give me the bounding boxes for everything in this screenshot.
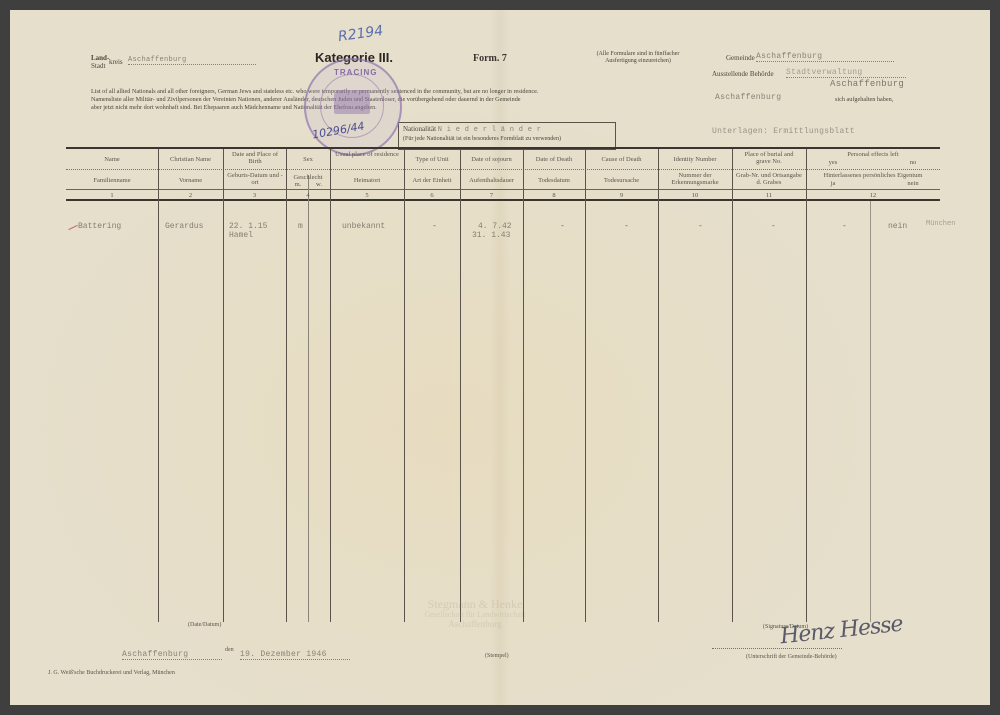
cell-effects-no: nein — [888, 222, 907, 231]
copies-note: (Alle Formulare sind in fünffacher Ausfe… — [588, 51, 688, 65]
bleed-through-stamp: Stegmann & Henke Gesellschaft für Landwi… — [415, 598, 535, 629]
behoerde-value-line1: Stadtverwaltung — [786, 68, 906, 78]
col-header-12-yes: yes — [818, 159, 848, 166]
col-header-2-num: 2 — [158, 192, 223, 199]
col-header-11-num: 11 — [732, 192, 806, 199]
kreis-value: Aschaffenburg — [128, 56, 256, 65]
col-header-1-num: 1 — [66, 192, 158, 199]
stamp-text: TRACING — [334, 68, 377, 77]
col-header-5-num: 5 — [330, 192, 404, 199]
stamp-label: (Stempel) — [485, 653, 509, 660]
col-header-2-de: Vorname — [158, 177, 223, 184]
col-divider — [460, 149, 461, 622]
printer-imprint: J. G. Weiß'sche Buchdruckerei und Verlag… — [48, 670, 175, 677]
col-header-12-no: no — [898, 159, 928, 166]
col-header-4-sub-m: m. — [288, 181, 308, 188]
col-header-10-num: 10 — [658, 192, 732, 199]
col-header-9-num: 9 — [585, 192, 658, 199]
cell-sex: m — [298, 222, 303, 231]
col-header-4-num: 4 — [286, 192, 330, 199]
table-top-rule — [66, 147, 940, 149]
col-divider-effects — [870, 201, 871, 622]
col-header-1-de: Familienname — [66, 177, 158, 184]
col-header-4-en: Sex — [286, 156, 330, 163]
bleed-line2: Gesellschaft für Landwirtschaft — [415, 610, 535, 619]
col-header-5-de: Heimatort — [330, 177, 404, 184]
cell-death-cause: - — [624, 222, 629, 231]
cell-note: München — [926, 220, 955, 229]
table-row: Battering Gerardus 22. 1.15 Hamel m unbe… — [66, 222, 940, 252]
col-header-3-en: Date and Place of Birth — [226, 151, 284, 165]
handwritten-signature: Henz Hesse — [779, 612, 904, 650]
col-header-10-en: Identity Number — [658, 156, 732, 163]
intro-community-value: Aschaffenburg — [715, 93, 781, 102]
col-header-3-de: Geburts-Datum und -ort — [226, 172, 284, 186]
nationality-row: Nationalität N i e d e r l ä n d e r — [403, 125, 611, 134]
col-header-9-de: Todesursache — [585, 177, 658, 184]
col-header-8-num: 8 — [523, 192, 585, 199]
col-divider — [658, 149, 659, 622]
col-header-7-num: 7 — [460, 192, 523, 199]
col-divider — [330, 149, 331, 622]
col-header-4-de: Geschlecht — [286, 174, 330, 181]
document-page: Land- Stadt kreis Aschaffenburg R2194 Ka… — [10, 10, 990, 705]
col-divider — [523, 149, 524, 622]
col-header-12-en: Personal effects left — [806, 151, 940, 158]
cell-name: Battering — [78, 222, 121, 231]
nationality-note: (Für jede Nationalität ist ein besondere… — [403, 136, 611, 143]
cell-christian-name: Gerardus — [165, 222, 203, 231]
col-header-10-de: Nummer der Erkennungsmarke — [662, 172, 728, 186]
bleed-line1: Stegmann & Henke — [415, 598, 535, 610]
col-header-12-nein: nein — [898, 180, 928, 187]
col-header-6-en: Type of Unit — [404, 156, 460, 163]
col-header-11-de: Grab-Nr. und Ortsangabe d. Grabes — [734, 172, 804, 186]
cell-birth-place: Hamel — [229, 231, 253, 240]
cell-burial: - — [771, 222, 776, 231]
col-header-3-num: 3 — [223, 192, 286, 199]
col-divider — [585, 149, 586, 622]
col-divider — [158, 149, 159, 622]
handwritten-reference: R2194 — [337, 23, 384, 45]
behoerde-value-line2: Aschaffenburg — [830, 79, 904, 89]
col-divider — [806, 149, 807, 622]
col-header-12-ja: ja — [818, 180, 848, 187]
bleed-line3: Aschaffenburg — [415, 619, 535, 629]
header-bottom-rule — [66, 199, 940, 201]
col-header-8-de: Todesdatum — [523, 177, 585, 184]
cell-identity-number: - — [698, 222, 703, 231]
form-number: Form. 7 — [473, 53, 507, 64]
col-divider — [732, 149, 733, 622]
col-header-6-num: 6 — [404, 192, 460, 199]
behoerde-label: Ausstellende Behörde — [712, 70, 774, 78]
col-header-11-en: Place of burial and grave No. — [738, 151, 800, 165]
col-divider — [286, 149, 287, 622]
land-label: Land- — [91, 54, 109, 62]
nationality-box: Nationalität N i e d e r l ä n d e r (Fü… — [398, 122, 616, 150]
nationality-value: N i e d e r l ä n d e r — [438, 126, 542, 134]
cell-death-date: - — [560, 222, 565, 231]
gemeinde-label: Gemeinde — [726, 54, 755, 62]
date-label: (Date/Datum) — [188, 622, 221, 629]
col-divider — [223, 149, 224, 622]
cell-residence: unbekannt — [342, 222, 385, 231]
cell-unit: - — [432, 222, 437, 231]
tracing-stamp: TRACING — [304, 58, 402, 156]
stadt-label: Stadt — [91, 62, 105, 70]
col-header-4-sub-w: w. — [309, 181, 329, 188]
cell-sojourn-to: 31. 1.43 — [472, 231, 510, 240]
nationality-label: Nationalität — [403, 125, 436, 133]
col-header-7-de: Aufenthaltsdauer — [460, 177, 523, 184]
col-header-12-num: 12 — [806, 192, 940, 199]
date-value: 19. Dezember 1946 — [240, 650, 350, 660]
col-header-9-en: Cause of Death — [585, 156, 658, 163]
col-divider — [404, 149, 405, 622]
gemeinde-value: Aschaffenburg — [756, 52, 894, 62]
col-header-8-en: Date of Death — [523, 156, 585, 163]
col-header-6-de: Art der Einheit — [404, 177, 460, 184]
kreis-label: kreis — [109, 58, 123, 66]
intro-line-german-end: sich aufgehalten haben, — [835, 96, 893, 104]
stamp-crown-icon — [334, 90, 370, 114]
header-num-rule — [66, 189, 940, 190]
col-header-12-de: Hinterlassenes persönliches Eigentum — [806, 172, 940, 179]
header-mid-rule — [66, 169, 940, 170]
col-header-1-en: Name — [66, 156, 158, 163]
cell-effects-yes: - — [842, 222, 847, 231]
den-label: den — [225, 647, 234, 654]
signature-line — [712, 648, 842, 649]
documents-note: Unterlagen: Ermittlungsblatt — [712, 127, 855, 136]
col-header-7-en: Date of sojourn — [460, 156, 523, 163]
col-header-5-en: Usual place of residence — [334, 151, 400, 158]
signature-sublabel: (Unterschrift der Gemeinde-Behörde) — [746, 654, 837, 661]
place-value: Aschaffenburg — [122, 650, 222, 660]
red-check-mark — [68, 225, 77, 230]
copies-note-line1: (Alle Formulare sind in fünffacher — [588, 51, 688, 58]
cell-sojourn-from: 4. 7.42 — [478, 222, 512, 231]
col-header-2-en: Christian Name — [158, 156, 223, 163]
copies-note-line2: Ausfertigung einzureichen) — [588, 58, 688, 65]
cell-birth-date: 22. 1.15 — [229, 222, 267, 231]
